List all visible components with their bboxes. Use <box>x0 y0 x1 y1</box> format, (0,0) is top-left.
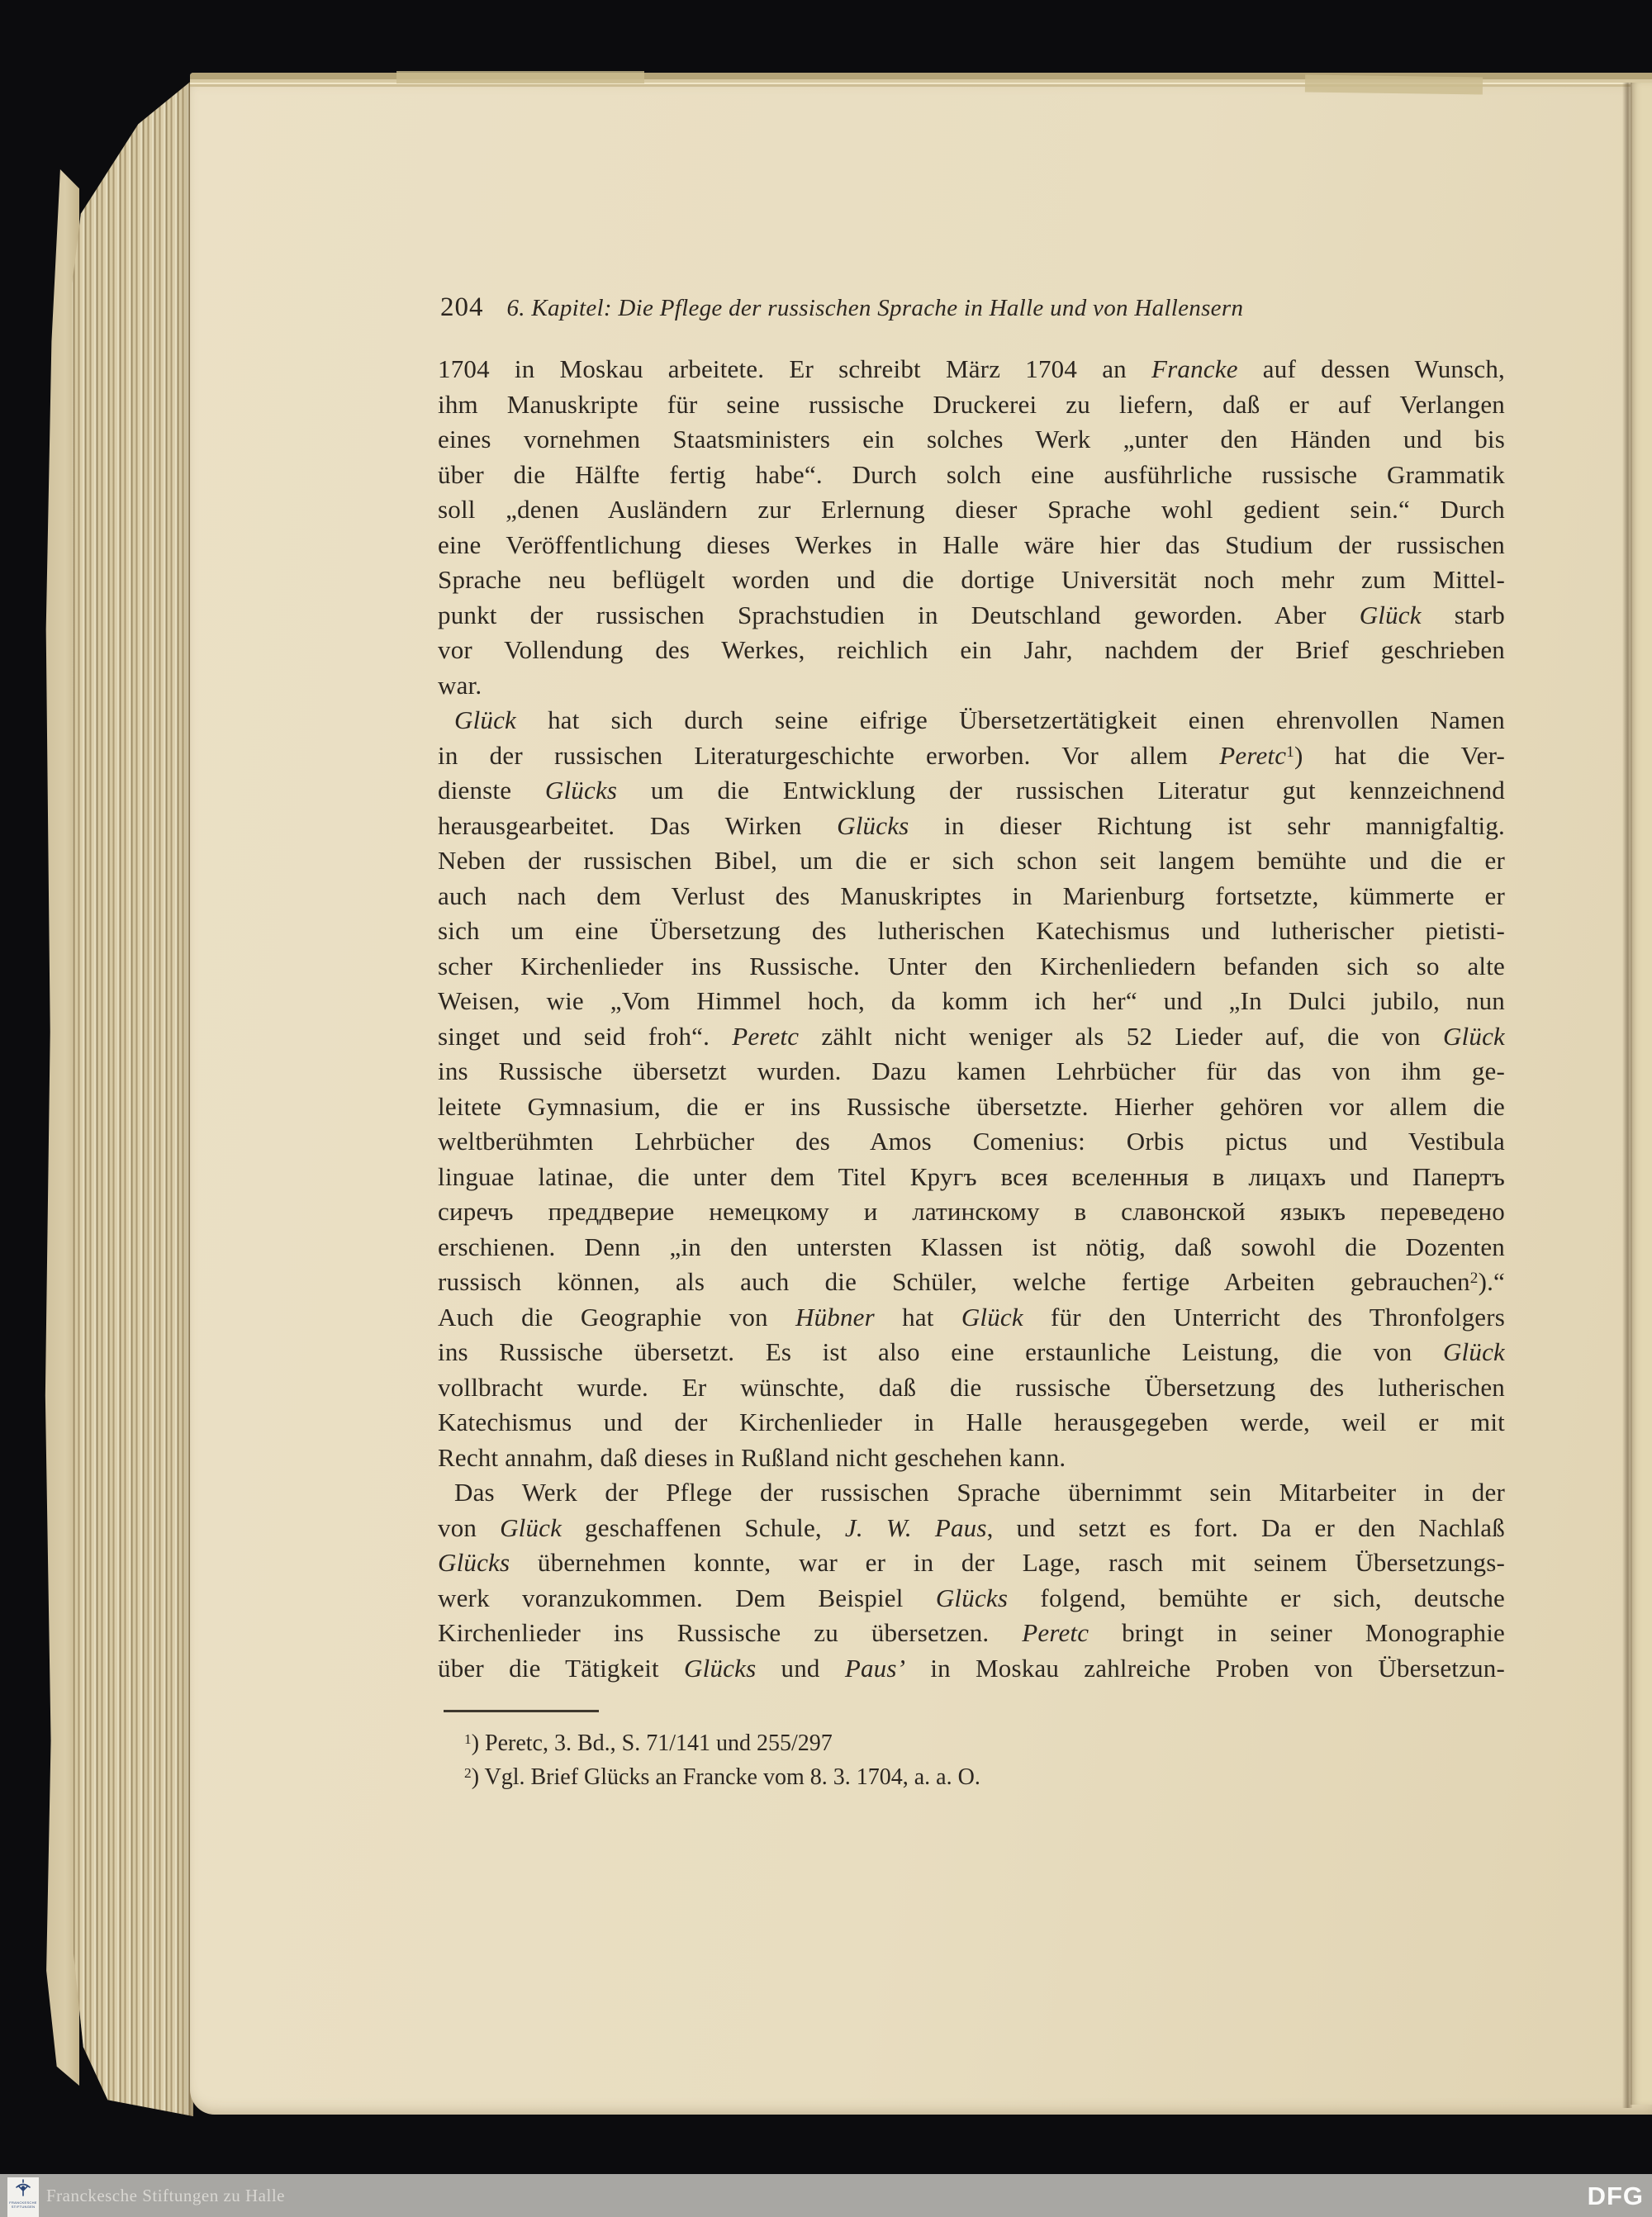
text-line: russisch können, als auch die Schüler, w… <box>438 1265 1505 1300</box>
text-run: hat <box>875 1303 961 1332</box>
footer-bar: FRANCKESCHE STIFTUNGEN Franckesche Stift… <box>0 2174 1652 2217</box>
text-run: Neben der russischen Bibel, um die er si… <box>438 846 1505 875</box>
tape-remnant <box>396 71 644 83</box>
text-line: Weisen, wie „Vom Himmel hoch, da komm ic… <box>438 984 1505 1019</box>
institution-logo-caption: FRANCKESCHE STIFTUNGEN <box>9 2200 37 2209</box>
text-run: Sprache neu beflügelt worden und die dor… <box>438 565 1505 594</box>
text-line: punkt der russischen Sprachstudien in De… <box>438 598 1505 634</box>
text-run: sich um eine Übersetzung des lutherische… <box>438 916 1505 945</box>
footnote-marker: 2 <box>464 1765 472 1781</box>
italic-run: Peretc <box>1219 741 1286 770</box>
text-run: hat sich durch seine eifrige Übersetzert… <box>516 705 1505 734</box>
footnotes: 1) Peretc, 3. Bd., S. 71/141 und 255/297… <box>439 1726 1389 1794</box>
text-line: singet und seid froh“. Peretc zählt nich… <box>438 1019 1505 1055</box>
text-run: russisch können, als auch die Schüler, w… <box>438 1267 1470 1296</box>
text-run: punkt der russischen Sprachstudien in De… <box>438 601 1360 629</box>
italic-run: Glück <box>1443 1337 1505 1366</box>
italic-run: Paus’ <box>845 1654 905 1683</box>
text-line: Kirchenlieder ins Russische zu übersetze… <box>438 1616 1505 1651</box>
text-line: сиречъ преддверие немецкому и латинскому… <box>438 1194 1505 1230</box>
text-line: eine Veröffentlichung dieses Werkes in H… <box>438 528 1505 563</box>
text-line: über die Tätigkeit Glücks und Paus’ in M… <box>438 1651 1505 1687</box>
text-line: in der russischen Literaturgeschichte er… <box>438 738 1505 774</box>
text-line: ins Russische übersetzt wurden. Dazu kam… <box>438 1054 1505 1090</box>
text-run: eines vornehmen Staatsministers ein solc… <box>438 425 1505 453</box>
text-run: vollbracht wurde. Er wünschte, daß die r… <box>438 1373 1505 1402</box>
text-run: herausgearbeitet. Das Wirken <box>438 811 837 840</box>
text-run: ) Peretc, 3. Bd., S. 71/141 und 255/297 <box>472 1730 833 1756</box>
text-line: war. <box>438 668 1505 704</box>
text-run: und <box>756 1654 844 1683</box>
text-line: ins Russische übersetzt. Es ist also ein… <box>438 1335 1505 1370</box>
scanned-book-page-view: 204 6. Kapitel: Die Pflege der russische… <box>0 0 1652 2217</box>
italic-run: J. W. Paus <box>845 1513 987 1542</box>
footnote-line: 2) Vgl. Brief Glücks an Francke vom 8. 3… <box>439 1760 1389 1794</box>
text-line: Das Werk der Pflege der russischen Sprac… <box>438 1475 1505 1511</box>
institution-label: Franckesche Stiftungen zu Halle <box>46 2174 285 2217</box>
footnote-marker: 1 <box>464 1731 472 1747</box>
text-run: dienste <box>438 776 545 805</box>
text-line: Recht annahm, daß dieses in Rußland nich… <box>438 1441 1505 1476</box>
text-run: zählt nicht weniger als 52 Lieder auf, d… <box>799 1022 1443 1051</box>
text-run: werk voranzukommen. Dem Beispiel <box>438 1583 936 1612</box>
italic-run: Hübner <box>795 1303 875 1332</box>
italic-run: Glücks <box>936 1583 1008 1612</box>
text-run: um die Entwicklung der russischen Litera… <box>617 776 1505 805</box>
text-run: ins Russische übersetzt. Es ist also ein… <box>438 1337 1443 1366</box>
page-gutter-fold <box>1622 83 1632 2108</box>
italic-run: Peretc <box>1022 1618 1089 1647</box>
text-run: in Moskau zahlreiche Proben von Übersetz… <box>905 1654 1505 1683</box>
text-line: auch nach dem Verlust des Manuskriptes i… <box>438 879 1505 914</box>
italic-run: Glück <box>1443 1022 1505 1051</box>
body-text: 1704 in Moskau arbeitete. Er schreibt Mä… <box>438 352 1505 1686</box>
italic-run: Francke <box>1151 354 1238 383</box>
text-line: Sprache neu beflügelt worden und die dor… <box>438 563 1505 598</box>
italic-run: Glücks <box>545 776 617 805</box>
text-run: starb <box>1422 601 1505 629</box>
text-line: Glücks übernehmen konnte, war er in der … <box>438 1545 1505 1581</box>
page-stack-edges <box>71 79 193 2116</box>
italic-run: Glücks <box>837 811 909 840</box>
text-run: auch nach dem Verlust des Manuskriptes i… <box>438 881 1505 910</box>
running-header: 204 6. Kapitel: Die Pflege der russische… <box>440 291 1597 325</box>
text-line: vor Vollendung des Werkes, reichlich ein… <box>438 633 1505 668</box>
text-run: Recht annahm, daß dieses in Rußland nich… <box>438 1443 1066 1472</box>
text-run: Das Werk der Pflege der russischen Sprac… <box>454 1478 1505 1507</box>
italic-run: Glück <box>454 705 516 734</box>
text-run: für den Unterricht des Thronfolgers <box>1023 1303 1505 1332</box>
franckesche-stiftungen-emblem-icon <box>13 2179 33 2200</box>
text-run: Kirchenlieder ins Russische zu übersetze… <box>438 1618 1022 1647</box>
text-run: weltberühmten Lehrbücher des Amos Comeni… <box>438 1127 1505 1156</box>
text-run: in der russischen Literaturgeschichte er… <box>438 741 1219 770</box>
italic-run: Glück <box>961 1303 1023 1332</box>
italic-run: Glücks <box>438 1548 510 1577</box>
text-run: eine Veröffentlichung dieses Werkes in H… <box>438 530 1505 559</box>
italic-run: Glück <box>1360 601 1422 629</box>
text-run: сиречъ преддверие немецкому и латинскому… <box>438 1197 1505 1226</box>
text-run: ).“ <box>1479 1267 1505 1296</box>
text-run: erschienen. Denn „in den untersten Klass… <box>438 1232 1505 1261</box>
text-line: linguae latinae, die unter dem Titel Кру… <box>438 1160 1505 1195</box>
text-line: über die Hälfte fertig habe“. Durch solc… <box>438 458 1505 493</box>
text-run: singet und seid froh“. <box>438 1022 732 1051</box>
text-run: ) Vgl. Brief Glücks an Francke vom 8. 3.… <box>472 1764 980 1790</box>
text-run: geschaffenen Schule, <box>562 1513 845 1542</box>
text-run: ins Russische übersetzt wurden. Dazu kam… <box>438 1056 1505 1085</box>
text-line: weltberühmten Lehrbücher des Amos Comeni… <box>438 1124 1505 1160</box>
text-line: dienste Glücks um die Entwicklung der ru… <box>438 773 1505 809</box>
text-line: erschienen. Denn „in den untersten Klass… <box>438 1230 1505 1265</box>
text-run: in dieser Richtung ist sehr mannigfaltig… <box>909 811 1505 840</box>
text-run: vor Vollendung des Werkes, reichlich ein… <box>438 635 1505 664</box>
logo-caption-line2: STIFTUNGEN <box>9 2205 37 2209</box>
footnote-line: 1) Peretc, 3. Bd., S. 71/141 und 255/297 <box>439 1726 1389 1760</box>
text-line: ihm Manuskripte für seine russische Druc… <box>438 387 1505 423</box>
text-run: 1704 in Moskau arbeitete. Er schreibt Mä… <box>438 354 1151 383</box>
text-line: sich um eine Übersetzung des lutherische… <box>438 914 1505 949</box>
text-line: Auch die Geographie von Hübner hat Glück… <box>438 1300 1505 1336</box>
text-line: eines vornehmen Staatsministers ein solc… <box>438 422 1505 458</box>
text-run: über die Tätigkeit <box>438 1654 684 1683</box>
italic-run: Peretc <box>732 1022 799 1051</box>
italic-run: Glück <box>500 1513 562 1542</box>
text-line: soll „denen Ausländern zur Erlernung die… <box>438 492 1505 528</box>
text-line: Katechismus und der Kirchenlieder in Hal… <box>438 1405 1505 1441</box>
text-line: scher Kirchenlieder ins Russische. Unter… <box>438 949 1505 985</box>
text-run: folgend, bemühte er sich, deutsche <box>1008 1583 1505 1612</box>
text-run: Weisen, wie „Vom Himmel hoch, da komm ic… <box>438 986 1505 1015</box>
footnote-separator <box>444 1710 599 1712</box>
text-line: 1704 in Moskau arbeitete. Er schreibt Mä… <box>438 352 1505 387</box>
text-line: Glück hat sich durch seine eifrige Übers… <box>438 703 1505 738</box>
chapter-title: 6. Kapitel: Die Pflege der russischen Sp… <box>507 292 1244 325</box>
text-line: vollbracht wurde. Er wünschte, daß die r… <box>438 1370 1505 1406</box>
text-run: Katechismus und der Kirchenlieder in Hal… <box>438 1408 1505 1436</box>
text-run: war. <box>438 671 482 700</box>
text-line: werk voranzukommen. Dem Beispiel Glücks … <box>438 1581 1505 1616</box>
text-run: von <box>438 1513 500 1542</box>
institution-logo: FRANCKESCHE STIFTUNGEN <box>7 2177 39 2217</box>
text-run: über die Hälfte fertig habe“. Durch solc… <box>438 460 1505 489</box>
text-run: linguae latinae, die unter dem Titel Кру… <box>438 1162 1505 1191</box>
text-run: Auch die Geographie von <box>438 1303 795 1332</box>
text-run: ihm Manuskripte für seine russische Druc… <box>438 390 1505 419</box>
adjacent-page-sliver <box>1631 83 1652 2105</box>
text-line: von Glück geschaffenen Schule, J. W. Pau… <box>438 1511 1505 1546</box>
text-run: soll „denen Ausländern zur Erlernung die… <box>438 495 1505 524</box>
text-run: scher Kirchenlieder ins Russische. Unter… <box>438 952 1505 980</box>
footnote-marker: 1 <box>1286 743 1294 761</box>
italic-run: Glücks <box>684 1654 756 1683</box>
text-run: bringt in seiner Monographie <box>1089 1618 1505 1647</box>
tape-remnant <box>1305 75 1483 95</box>
dfg-logo: DFG <box>1588 2181 1644 2211</box>
text-run: übernehmen konnte, war er in der Lage, r… <box>510 1548 1505 1577</box>
text-line: Neben der russischen Bibel, um die er si… <box>438 843 1505 879</box>
text-run: , und setzt es fort. Da er den Nachlaß <box>987 1513 1505 1542</box>
text-run: ) hat die Ver- <box>1294 741 1505 770</box>
page-number: 204 <box>440 291 484 324</box>
text-run: leitete Gymnasium, die er ins Russische … <box>438 1092 1505 1121</box>
text-run: auf dessen Wunsch, <box>1238 354 1505 383</box>
footnote-marker: 2 <box>1470 1270 1479 1287</box>
text-line: herausgearbeitet. Das Wirken Glücks in d… <box>438 809 1505 844</box>
text-line: leitete Gymnasium, die er ins Russische … <box>438 1090 1505 1125</box>
